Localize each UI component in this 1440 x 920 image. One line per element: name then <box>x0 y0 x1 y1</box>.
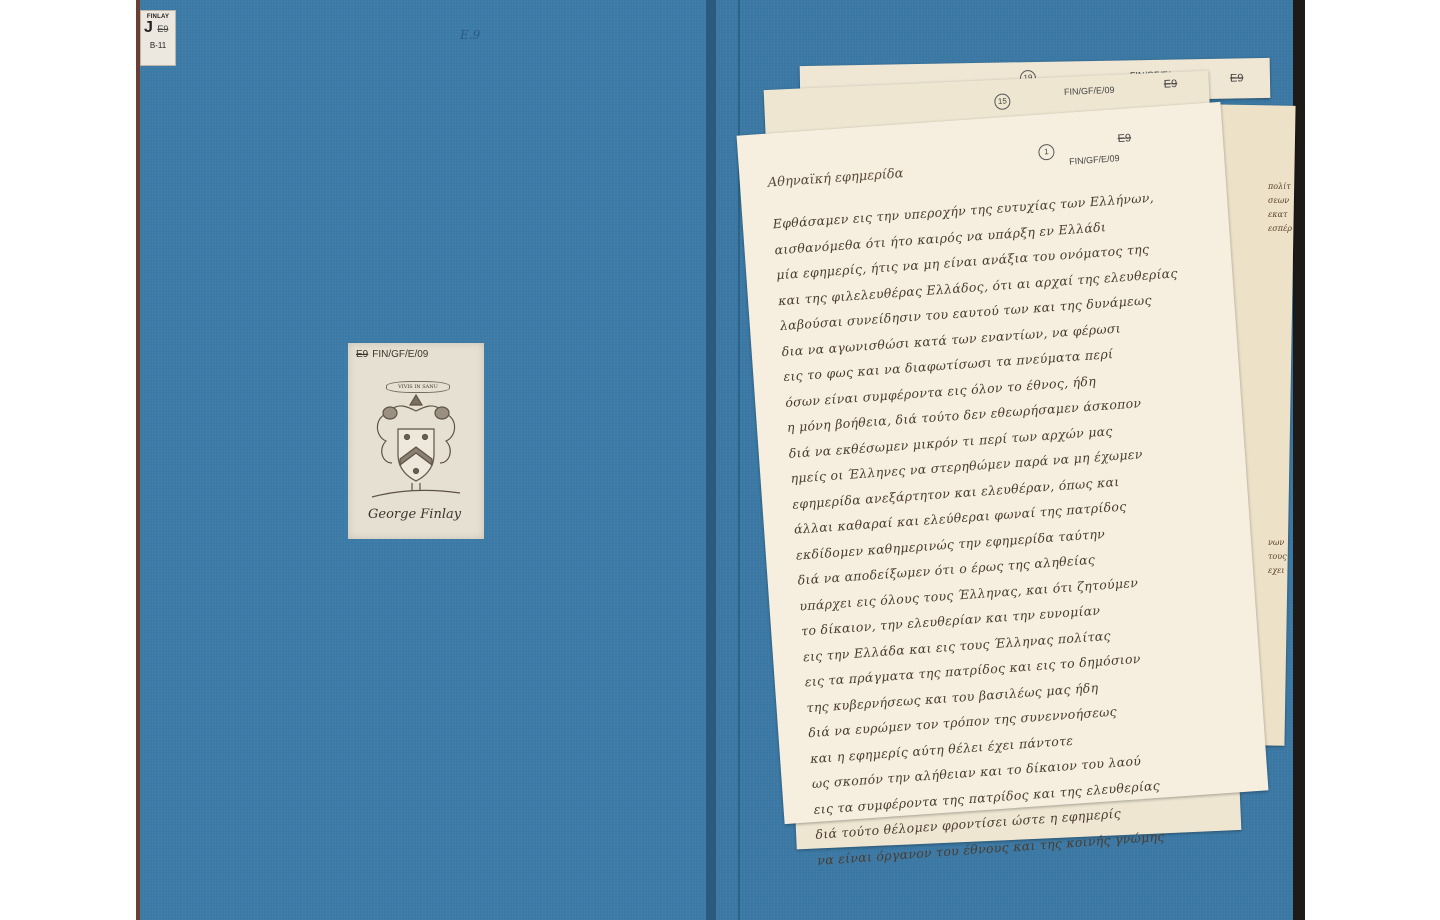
margin-note: τους <box>1268 550 1294 564</box>
cover-binding-edge <box>136 0 140 920</box>
coat-of-arms-icon <box>370 391 462 499</box>
sheet-struck-mark: E9 <box>1164 78 1178 91</box>
margin-note: εχει <box>1268 564 1294 578</box>
margin-notes: πολίτ σεων εκατ εσπέρ νων τους εχει <box>1268 180 1294 578</box>
margin-note: πολίτ <box>1268 180 1294 194</box>
sheet-number: 15 <box>994 93 1011 110</box>
bookplate-signature: George Finlay <box>368 507 461 522</box>
label-letter: J E9 <box>141 20 175 37</box>
margin-note: σεων <box>1268 194 1294 208</box>
margin-note: εκατ <box>1268 208 1294 222</box>
sheet-reference: FIN/GF/E/09 <box>1069 153 1120 166</box>
sheet-struck-mark: E9 <box>1230 72 1244 84</box>
cover-pencil-note: E.9 <box>460 28 480 42</box>
sheet-struck-mark: E9 <box>1117 132 1131 145</box>
manuscript-text: Εφθάσαμεν εις την υπεροχήν της ευτυχίας … <box>772 181 1250 873</box>
bookplate: E9FIN/GF/E/09 VIVIS IN SANU George Finla… <box>348 343 484 539</box>
label-struck-mark: E9 <box>157 24 168 34</box>
folder-spine <box>706 0 716 920</box>
bookplate-reference: E9FIN/GF/E/09 <box>356 349 428 360</box>
sheet-reference: FIN/GF/E/09 <box>1064 85 1115 97</box>
margin-note: εσπέρ <box>1268 222 1294 236</box>
manuscript-heading: Αθηναϊκή εφημερίδα <box>767 166 904 190</box>
shelf-mark: B-11 <box>141 41 175 50</box>
margin-note: νων <box>1268 536 1294 550</box>
archive-label: FINLAY J E9 B-11 <box>140 10 176 66</box>
sheet-number: 1 <box>1038 144 1055 161</box>
manuscript-sheet-1: Αθηναϊκή εφημερίδα 1 FIN/GF/E/09 E9 Εφθά… <box>737 102 1269 824</box>
